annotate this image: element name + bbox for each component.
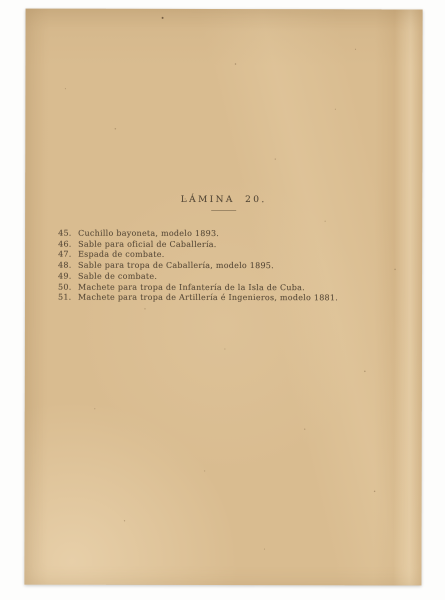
plate-heading: LÁMINA 20. [25, 195, 422, 206]
item-number: 48. [58, 261, 70, 272]
item-gap [70, 293, 78, 304]
list-item: 48.Sable para tropa de Caballería, model… [58, 261, 410, 272]
heading-rule [211, 210, 236, 211]
item-text: Cuchillo bayoneta, modelo 1893. [78, 229, 219, 240]
item-text: Machete para tropa de Infantería de la I… [78, 282, 305, 293]
item-number: 51. [58, 293, 70, 304]
list-item: 49.Sable de combate. [58, 271, 410, 282]
item-gap [70, 250, 78, 261]
item-text: Espada de combate. [78, 250, 164, 261]
scan-background: LÁMINA 20. 45.Cuchillo bayoneta, modelo … [0, 0, 445, 600]
item-gap [70, 229, 78, 240]
item-number: 45. [58, 229, 70, 240]
item-text: Sable para tropa de Caballería, modelo 1… [78, 261, 274, 272]
item-number: 49. [58, 271, 70, 282]
item-gap [70, 261, 78, 272]
list-item: 47.Espada de combate. [58, 250, 410, 261]
item-number: 47. [58, 250, 70, 261]
list-item: 46.Sable para oficial de Caballería. [58, 239, 410, 250]
plate-item-list: 45.Cuchillo bayoneta, modelo 1893. 46.Sa… [58, 229, 410, 305]
item-number: 46. [58, 239, 70, 250]
item-text: Sable de combate. [78, 272, 157, 283]
heading-block: LÁMINA 20. [25, 195, 422, 212]
list-item: 50.Machete para tropa de Infantería de l… [58, 282, 410, 293]
list-item: 45.Cuchillo bayoneta, modelo 1893. [58, 229, 410, 240]
list-item: 51.Machete para tropa de Artillería é In… [58, 293, 410, 304]
item-text: Sable para oficial de Caballería. [78, 239, 216, 250]
item-gap [70, 282, 78, 293]
item-number: 50. [58, 282, 70, 293]
book-page: LÁMINA 20. 45.Cuchillo bayoneta, modelo … [24, 9, 422, 586]
item-gap [70, 271, 78, 282]
item-text: Machete para tropa de Artillería é Ingen… [78, 293, 338, 304]
item-gap [70, 239, 78, 250]
